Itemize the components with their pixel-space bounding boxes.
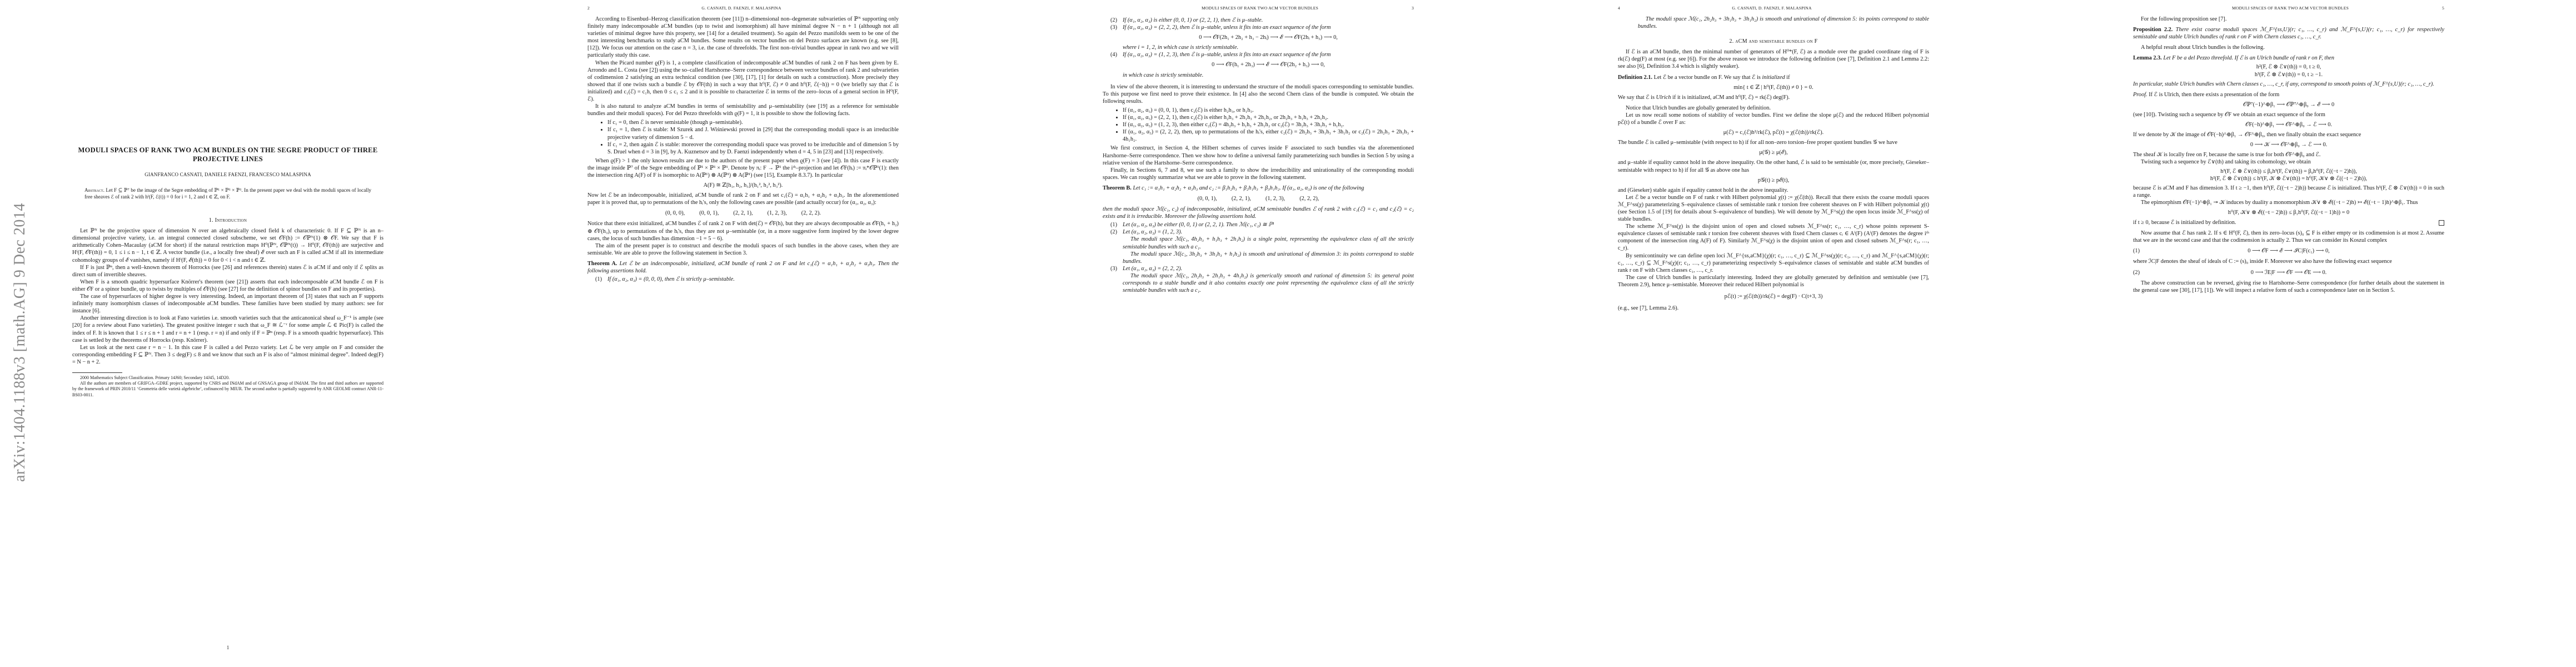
paragraph: The aim of the present paper is to const… xyxy=(587,242,899,257)
running-head-title: MODULI SPACES OF RANK TWO ACM VECTOR BUN… xyxy=(2139,6,2442,11)
display-equation: min{ t ∈ ℤ | h⁰(F, ℰ(th)) ≠ 0 } = 0. xyxy=(1618,84,1929,91)
lemma-2-3: Lemma 2.3. Let F be a del Pezzo threefol… xyxy=(2133,54,2444,62)
tuple: (0, 0, 1), xyxy=(699,210,719,217)
item-number: (2) xyxy=(1110,17,1117,24)
paragraph: By semicontinuity we can define open loc… xyxy=(1618,252,1929,274)
list-item: If (α₁, α₂, α₃) = (2, 2, 1), then c₂(ℰ) … xyxy=(1123,114,1414,121)
theorem-continuation: The moduli space ℳ(c₁, 2h₂h₃ + 3h₁h₃ + 3… xyxy=(1618,16,1929,30)
definition-2-1: Definition 2.1. Let ℰ be a vector bundle… xyxy=(1618,74,1929,81)
page-5: MODULI SPACES OF RANK TWO ACM VECTOR BUN… xyxy=(2061,0,2576,667)
item-sub: The moduli space ℳ(c₁, 3h₂h₃ + 3h₁h₃ + h… xyxy=(1123,251,1414,265)
definition-text: Let ℰ be a vector bundle on F. We say th… xyxy=(1654,74,1762,81)
page-4-body: The moduli space ℳ(c₁, 2h₂h₃ + 3h₁h₃ + 3… xyxy=(1618,16,1929,312)
paragraph: The sheaf 𝒦 is locally free on F, becaus… xyxy=(2133,151,2444,158)
abstract-label: Abstract. xyxy=(84,187,104,193)
proposition-body: There exist coarse moduli spaces ℳ_F^{ss… xyxy=(2133,27,2444,40)
paragraph: When F is a smooth quadric hypersurface … xyxy=(72,278,383,293)
item-text: Let (α₁, α₂, α₃) be either (0, 0, 1) or … xyxy=(1123,222,1274,228)
paragraph: Let us now recall some notions of stabil… xyxy=(1618,112,1929,126)
running-head-title: G. CASNATI, D. FAENZI, F. MALASPINA xyxy=(590,6,893,11)
page-3-body: (2)If (α₁, α₂, α₃) is either (0, 0, 1) o… xyxy=(1103,16,1414,295)
proposition-2-2: Proposition 2.2. There exist coarse modu… xyxy=(2133,26,2444,41)
proof-text: If ℰ is Ulrich, then there exists a pres… xyxy=(2149,92,2279,98)
theorem-items: (1)If (α₁, α₂, α₃) = (0, 0, 0), then ℰ i… xyxy=(587,276,899,283)
paragraph: The case of Ulrich bundles is particular… xyxy=(1618,274,1929,288)
qed-icon xyxy=(2439,220,2444,226)
tuple: (2, 2, 1), xyxy=(1232,195,1251,202)
theorem-item: (4)If (α₁, α₂, α₃) = (1, 2, 3), then ℰ i… xyxy=(1123,51,1414,78)
lemma-body: Let F be a del Pezzo threefold. If ℰ is … xyxy=(2163,55,2334,61)
item-after: in which case is strictly semistable. xyxy=(1123,72,1414,79)
display-equation: 𝒪ℙ⁷(−1)^⊕β₁ ⟶ 𝒪ℙ⁷^⊕β₀ → ℰ ⟶ 0 xyxy=(2133,101,2444,108)
theorem-heading: Theorem A. xyxy=(587,261,617,267)
paper-authors: GIANFRANCO CASNATI, DANIELE FAENZI, FRAN… xyxy=(72,171,383,178)
ulrich-term: Ulrich xyxy=(1656,94,1671,101)
page-1: arXiv:1404.1188v3 [math.AG] 9 Dec 2014 M… xyxy=(0,0,515,667)
paragraph: Let ℙᴺ be the projective space of dimens… xyxy=(72,227,383,263)
tuple-row: (0, 0, 0), (0, 0, 1), (2, 2, 1), (1, 2, … xyxy=(587,210,899,217)
proof-label: Proof. xyxy=(2133,92,2148,98)
page-4: 4 G. CASNATI, D. FAENZI, F. MALASPINA Th… xyxy=(1546,0,2061,667)
display-equation: 0 ⟶ 𝒦 ⟶ 𝒪F^⊕β₀ → ℰ ⟶ 0. xyxy=(2133,141,2444,148)
abstract-text: Let F ⊆ ℙ⁷ be the image of the Segre emb… xyxy=(84,187,371,200)
item-text: If (α₁, α₂, α₃) = (2, 2, 2), then ℰ is μ… xyxy=(1123,24,1331,31)
theorem-item: (2)If (α₁, α₂, α₃) is either (0, 0, 1) o… xyxy=(1123,17,1414,24)
paragraph: The scheme ℳ_F^ss(χ) is the disjoint uni… xyxy=(1618,223,1929,252)
item-text: Let (α₁, α₂, α₃) = (2, 2, 2). xyxy=(1123,266,1182,272)
item-text: Let (α₁, α₂, α₃) = (1, 2, 3). xyxy=(1123,229,1182,235)
paragraph: If we denote by 𝒦 the image of 𝒪F(−h)^⊕β… xyxy=(2133,131,2444,138)
list-item: If (α₁, α₂, α₃) = (0, 0, 1), then c₂(ℰ) … xyxy=(1123,107,1414,114)
item-number: (1) xyxy=(1110,221,1117,228)
paragraph: Finally, in Sections 6, 7 and 8, we use … xyxy=(1103,167,1414,181)
paragraph: (e.g., see [7], Lemma 2.6). xyxy=(1618,305,1929,312)
lemma-heading: Lemma 2.3. xyxy=(2133,55,2162,61)
display-equation: μ(𝒢) ≥ μ(ℰ), xyxy=(1618,149,1929,156)
proof-text: if t ≥ 0, because ℰ is initialized by de… xyxy=(2133,220,2236,226)
paragraph: We say that ℰ is Ulrich if it is initial… xyxy=(1618,94,1929,101)
paragraph: The case of hypersurfaces of higher degr… xyxy=(72,293,383,315)
running-head: MODULI SPACES OF RANK TWO ACM VECTOR BUN… xyxy=(2133,6,2444,11)
footnote-rule xyxy=(72,372,122,373)
paragraph: Now let ℰ be an indecomposable, initiali… xyxy=(587,192,899,206)
equation: 0 ⟶ ℐE|F ⟶ 𝒪F ⟶ 𝒪E ⟶ 0. xyxy=(2251,270,2326,276)
section-title-introduction: 1. Introduction xyxy=(72,217,383,224)
page-3: MODULI SPACES OF RANK TWO ACM VECTOR BUN… xyxy=(1030,0,1546,667)
list-item: If c₁ = 2, then again ℰ is stable: moreo… xyxy=(607,141,899,156)
display-equation: h⁰(F, 𝒦∨ ⊗ ℰ((−t − 2)h)) ≤ β₁h⁰(F, ℰ((−t… xyxy=(2133,209,2444,216)
tuple: (0, 0, 0), xyxy=(665,210,685,217)
item-number: (1) xyxy=(595,276,602,283)
item-number: (4) xyxy=(1110,51,1117,58)
theorem-body: Let c₁ := α₁h₁ + α₂h₂ + α₃h₃ and c₂ := β… xyxy=(1133,185,1364,191)
item-number: (3) xyxy=(1110,265,1117,272)
paragraph: where ℐC|F denotes the sheaf of ideals o… xyxy=(2133,258,2444,265)
text: if it is initialized, aCM and h⁰(F, ℰ) =… xyxy=(1671,94,1790,101)
list-item: If (α₁, α₂, α₃) = (2, 2, 2), then, up to… xyxy=(1123,128,1414,143)
display-equation: h³(F, ℰ ⊗ ℰ∨(th)) ≤ β₀h³(F, ℰ∨(th)) = β₀… xyxy=(2133,168,2444,175)
display-equation: 𝒪F(−h)^⊕β₁ ⟶ 𝒪F^⊕β₀ → ℰ ⟶ 0. xyxy=(2133,121,2444,128)
item-text: If (α₁, α₂, α₃) = (0, 0, 0), then ℰ is s… xyxy=(607,276,735,282)
paragraph: and μ–stable if equality cannot hold in … xyxy=(1618,159,1929,173)
paragraph: Notice that there exist initialized, aCM… xyxy=(587,220,899,242)
paragraph: If F is just ℙⁿ, then a well–known theor… xyxy=(72,264,383,278)
paragraph: When the Picard number ϱ(F) is 1, a comp… xyxy=(587,59,899,103)
page-5-body: For the following proposition see [7]. P… xyxy=(2133,16,2444,294)
equation-number: (2) xyxy=(2133,269,2140,276)
display-equation: μ(ℰ) = c₁(ℰ)h²/rk(ℰ), pℰ(t) = χ(ℰ(th))/r… xyxy=(1618,129,1929,136)
theorem-body: Let ℰ be an indecomposable, initialized,… xyxy=(587,261,899,274)
paragraph: Notice that Ulrich bundles are globally … xyxy=(1618,104,1929,112)
paragraph: For the following proposition see [7]. xyxy=(2133,16,2444,23)
tuple: (1, 2, 3), xyxy=(1265,195,1285,202)
numbered-equation-2: (2) 0 ⟶ ℐE|F ⟶ 𝒪F ⟶ 𝒪E ⟶ 0. xyxy=(2133,269,2444,276)
paragraph: In view of the above theorem, it is inte… xyxy=(1103,83,1414,105)
proof: Proof. If ℰ is Ulrich, then there exists… xyxy=(2133,91,2444,98)
paragraph: because ℰ is aCM and F has dimension 3. … xyxy=(2133,185,2444,199)
theorem-item: (3)Let (α₁, α₂, α₃) = (2, 2, 2). The mod… xyxy=(1123,265,1414,294)
item-text: If (α₁, α₂, α₃) is either (0, 0, 1) or (… xyxy=(1123,17,1263,23)
theorem-heading: Theorem B. xyxy=(1103,185,1132,191)
paper-title: MODULI SPACES OF RANK TWO ACM BUNDLES ON… xyxy=(72,146,383,163)
running-head: 2 G. CASNATI, D. FAENZI, F. MALASPINA xyxy=(587,6,899,11)
arxiv-stamp: arXiv:1404.1188v3 [math.AG] 9 Dec 2014 xyxy=(3,39,26,650)
tuple: (2, 2, 2), xyxy=(1299,195,1319,202)
item-number: (2) xyxy=(1110,228,1117,236)
item-text: If (α₁, α₂, α₃) = (1, 2, 3), then ℰ is μ… xyxy=(1123,52,1331,58)
paragraph: Now assume that ℰ has rank 2. If s ∈ H⁰(… xyxy=(2133,230,2444,244)
page-2-body: According to Eisenbud–Herzog classificat… xyxy=(587,16,899,284)
section-title-acm: 2. aCM and semistable bundles on F xyxy=(1618,38,1929,45)
theorem-a: Theorem A. Let ℰ be an indecomposable, i… xyxy=(587,260,899,275)
paragraph: and (Gieseker) stable again if equality … xyxy=(1618,187,1929,194)
paragraph: Let us look at the next case r = n − 1. … xyxy=(72,344,383,366)
paragraph: The epimorphism 𝒪F(−1)^⊕β₁ ↠ 𝒦 induces b… xyxy=(2133,199,2444,206)
list-item: If (α₁, α₂, α₃) = (1, 2, 3), then either… xyxy=(1123,121,1414,128)
tuple-row: (0, 0, 1), (2, 2, 1), (1, 2, 3), (2, 2, … xyxy=(1103,195,1414,202)
running-head-title: MODULI SPACES OF RANK TWO ACM VECTOR BUN… xyxy=(1108,6,1412,11)
paragraph: It is also natural to analyze aCM bundle… xyxy=(587,103,899,117)
paragraph: Twisting such a sequence by ℰ∨(th) and t… xyxy=(2133,158,2444,166)
theorem-items: (2)If (α₁, α₂, α₃) is either (0, 0, 1) o… xyxy=(1103,17,1414,79)
list-item: If c₁ = 1, then ℰ is stable: M Szurek an… xyxy=(607,126,899,141)
page-number: 3 xyxy=(1412,6,1414,11)
theorem-b: Theorem B. Let c₁ := α₁h₁ + α₂h₂ + α₃h₃ … xyxy=(1103,185,1414,192)
display-equation: h²(F, ℰ ⊗ ℰ∨(th)) ≤ h³(F, 𝒦 ⊗ ℰ∨(th)) = … xyxy=(2133,175,2444,182)
page-1-body: MODULI SPACES OF RANK TWO ACM BUNDLES ON… xyxy=(72,146,383,398)
abstract: Abstract. Let F ⊆ ℙ⁷ be the image of the… xyxy=(84,187,371,200)
display-equation: A(F) ≅ ℤ[h₁, h₂, h₃]/(h₁², h₂², h₃²). xyxy=(587,182,899,189)
paragraph: Let ℰ be a vector bundle on F of rank r … xyxy=(1618,194,1929,223)
theorem-item: (3)If (α₁, α₂, α₃) = (2, 2, 2), then ℰ i… xyxy=(1123,24,1414,51)
exact-sequence: 0 ⟶ 𝒪F(h₁ + 2h₃) ⟶ ℰ ⟶ 𝒪F(2h₂ + h₃) ⟶ 0, xyxy=(1123,61,1414,68)
item-number: (3) xyxy=(1110,24,1117,31)
display-equation: h²(F, ℰ ⊗ ℰ∨(th)) = 0, t ≥ 0, xyxy=(2133,63,2444,71)
display-equation: p𝒢(t) ≥ pℰ(t), xyxy=(1618,177,1929,184)
definition-text: if xyxy=(1785,74,1790,81)
paragraph: (see [10]). Twisting such a sequence by … xyxy=(2133,111,2444,118)
page-number: 5 xyxy=(2442,6,2444,11)
theorem-items: (1)Let (α₁, α₂, α₃) be either (0, 0, 1) … xyxy=(1103,221,1414,294)
tuple: (2, 2, 1), xyxy=(733,210,753,217)
numbered-equation-1: (1) 0 ⟶ 𝒪F ⟶ ℰ ⟶ ℐC|F(c₁) ⟶ 0, xyxy=(2133,247,2444,255)
lemma-conclusion: In particular, stable Ulrich bundles wit… xyxy=(2133,81,2444,88)
tuple: (0, 0, 1), xyxy=(1198,195,1217,202)
paragraph: Another interesting direction is to look… xyxy=(72,315,383,344)
running-head: MODULI SPACES OF RANK TWO ACM VECTOR BUN… xyxy=(1103,6,1414,11)
item-sub: The moduli space ℳ(c₁, 4h₂h₃ + h₁h₃ + 2h… xyxy=(1123,236,1414,250)
chern-class-list: If (α₁, α₂, α₃) = (0, 0, 1), then c₂(ℰ) … xyxy=(1103,107,1414,143)
footnote-msc: 2000 Mathematics Subject Classification.… xyxy=(72,375,383,381)
paragraph: We first construct, in Section 4, the Hi… xyxy=(1103,145,1414,166)
exact-sequence: 0 ⟶ 𝒪F(2h₁ + 2h₂ + h₃ − 2hᵢ) ⟶ ℰ ⟶ 𝒪F(2h… xyxy=(1123,34,1414,41)
tuple: (2, 2, 2). xyxy=(801,210,821,217)
item-after: where i = 1, 2, in which case is strictl… xyxy=(1123,44,1414,51)
paragraph: A helpful result about Ulrich bundles is… xyxy=(2133,44,2444,51)
paragraph: The bundle ℰ is called μ–semistable (wit… xyxy=(1618,139,1929,146)
arxiv-stamp-text: arXiv:1404.1188v3 [math.AG] 9 Dec 2014 xyxy=(11,37,29,648)
display-equation: pℰ(t) := χ(ℰ(th))/rk(ℰ) = deg(F) · C(t+3… xyxy=(1618,293,1929,300)
running-head-title: G. CASNATI, D. FAENZI, F. MALASPINA xyxy=(1620,6,1924,11)
paragraph: When ϱ(F) > 1 the only known results are… xyxy=(587,157,899,179)
equation: 0 ⟶ 𝒪F ⟶ ℰ ⟶ ℐC|F(c₁) ⟶ 0, xyxy=(2248,248,2330,254)
theorem-item: (1)If (α₁, α₂, α₃) = (0, 0, 0), then ℰ i… xyxy=(607,276,899,283)
display-equation: h³(F, ℰ ⊗ ℰ∨(th)) = 0, t ≥ −1. xyxy=(2133,71,2444,78)
list-item: If c₁ = 0, then ℰ is never semistable (t… xyxy=(607,119,899,126)
tuple: (1, 2, 3), xyxy=(768,210,787,217)
item-sub: The moduli space ℳ(c₁, 2h₂h₃ + 2h₁h₃ + 4… xyxy=(1123,272,1414,294)
theorem-body: then the moduli space ℳ(c₁, c₂) of indec… xyxy=(1103,206,1414,220)
paragraph: The above construction can be reversed, … xyxy=(2133,280,2444,294)
paragraph: According to Eisenbud–Herzog classificat… xyxy=(587,16,899,59)
theorem-item: (1)Let (α₁, α₂, α₃) be either (0, 0, 1) … xyxy=(1123,221,1414,228)
page-2: 2 G. CASNATI, D. FAENZI, F. MALASPINA Ac… xyxy=(515,0,1030,667)
page-number: 1 xyxy=(72,645,383,650)
proposition-heading: Proposition 2.2. xyxy=(2133,27,2173,33)
theorem-item: (2)Let (α₁, α₂, α₃) = (1, 2, 3). The mod… xyxy=(1123,228,1414,265)
definition-heading: Definition 2.1. xyxy=(1618,74,1652,81)
definition-term: initialized xyxy=(1762,74,1785,81)
equation-number: (1) xyxy=(2133,247,2140,255)
text: We say that ℰ is xyxy=(1618,94,1656,101)
paragraph: If ℰ is an aCM bundle, then the minimal … xyxy=(1618,48,1929,70)
facts-list: If c₁ = 0, then ℰ is never semistable (t… xyxy=(587,119,899,155)
footnote-funding: All the authors are members of GRIFGA–GD… xyxy=(72,381,383,398)
running-head: 4 G. CASNATI, D. FAENZI, F. MALASPINA xyxy=(1618,6,1929,11)
paragraph: if t ≥ 0, because ℰ is initialized by de… xyxy=(2133,219,2444,226)
